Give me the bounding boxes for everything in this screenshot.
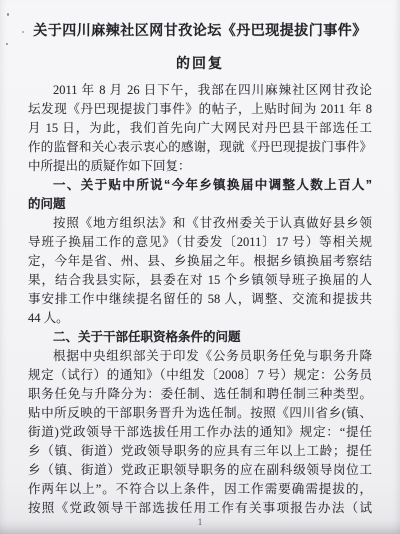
section-heading: 一、关于贴中所说“今年乡镇换届中调整人数上百人”的问题 [28,176,372,214]
text-line: 事安排工作中继续提名留任的 58 人，调整、交流和提拔共 [28,290,372,309]
text-line: 乡（镇、街道）党政领导职务的应具有三年以上工龄；提任 [28,442,372,461]
text-line: 乡（镇、街道）党政正职领导职务的应在副科级领导岗位工 [28,461,372,480]
document-page: 关于四川麻辣社区网甘孜论坛《丹巴现提拔门事件》 的回复 2011 年 8 月 2… [0,0,400,534]
scan-speck [7,13,9,16]
document-body: 2011 年 8 月 26 日下午，我部在四川麻辣社区网甘孜论坛发现《丹巴现提拔… [28,81,372,518]
text-line: 一、关于贴中所说“今年乡镇换届中调整人数上百人” [28,176,372,195]
scan-speck [22,31,24,33]
text-line: 2011 年 8 月 26 日下午，我部在四川麻辣社区网甘孜论 [28,81,372,100]
text-line: 按照《党政领导干部选拔任用工作有关事项报告办法（试 [28,499,372,518]
text-line: 44 人。 [28,309,372,328]
paragraph: 按照《地方组织法》和《甘孜州委关于认真做好县乡领导班子换届工作的意见》（甘委发〔… [28,214,372,328]
document-title-line1: 关于四川麻辣社区网甘孜论坛《丹巴现提拔门事件》 [0,0,400,40]
text-line: 中所提出的质疑作如下回复： [28,157,372,176]
text-line: 果，结合我县实际，县委在对 15 个乡镇领导班子换届的人 [28,271,372,290]
text-line: 导班子换届工作的意见》（甘委发〔2011〕17 号）等相关规 [28,233,372,252]
paragraph: 2011 年 8 月 26 日下午，我部在四川麻辣社区网甘孜论坛发现《丹巴现提拔… [28,81,372,176]
text-line: 街道)党政领导干部选拔任用工作办法的通知》规定：“提任 [28,423,372,442]
scan-speck [6,43,8,45]
paragraph: 根据中央组织部关于印发《公务员职务任免与职务升降规定（试行）的通知》（中组发〔2… [28,347,372,518]
text-line: 二、关于干部任职资格条件的问题 [28,328,372,347]
text-line: 的问题 [28,195,372,214]
page-number: 1 [0,517,400,527]
text-line: 规定（试行）的通知》（中组发〔2008〕7 号）规定：公务员 [28,366,372,385]
text-line: 按照《地方组织法》和《甘孜州委关于认真做好县乡领 [28,214,372,233]
text-line: 根据中央组织部关于印发《公务员职务任免与职务升降 [28,347,372,366]
text-line: 作两年以上”。不符合以上条件，因工作需要确需提拔的， [28,480,372,499]
text-line: 作的监督和关心表示衷心的感谢，现就《丹巴现提拔门事件》 [28,138,372,157]
document-title-line2: 的回复 [0,53,400,73]
text-line: 月 15 日，为此，我们首先向广大网民对丹巴县干部选任工 [28,119,372,138]
text-line: 定，今年是省、州、县、乡换届之年。根据乡镇换届考察结 [28,252,372,271]
section-heading: 二、关于干部任职资格条件的问题 [28,328,372,347]
text-line: 职务任免与升降分为：委任制、选任制和聘任制三种类型。 [28,385,372,404]
text-line: 贴中所反映的干部职务晋升为选任制。按照《四川省乡(镇、 [28,404,372,423]
text-line: 坛发现《丹巴现提拔门事件》的帖子，上贴时间为 2011 年 8 [28,100,372,119]
